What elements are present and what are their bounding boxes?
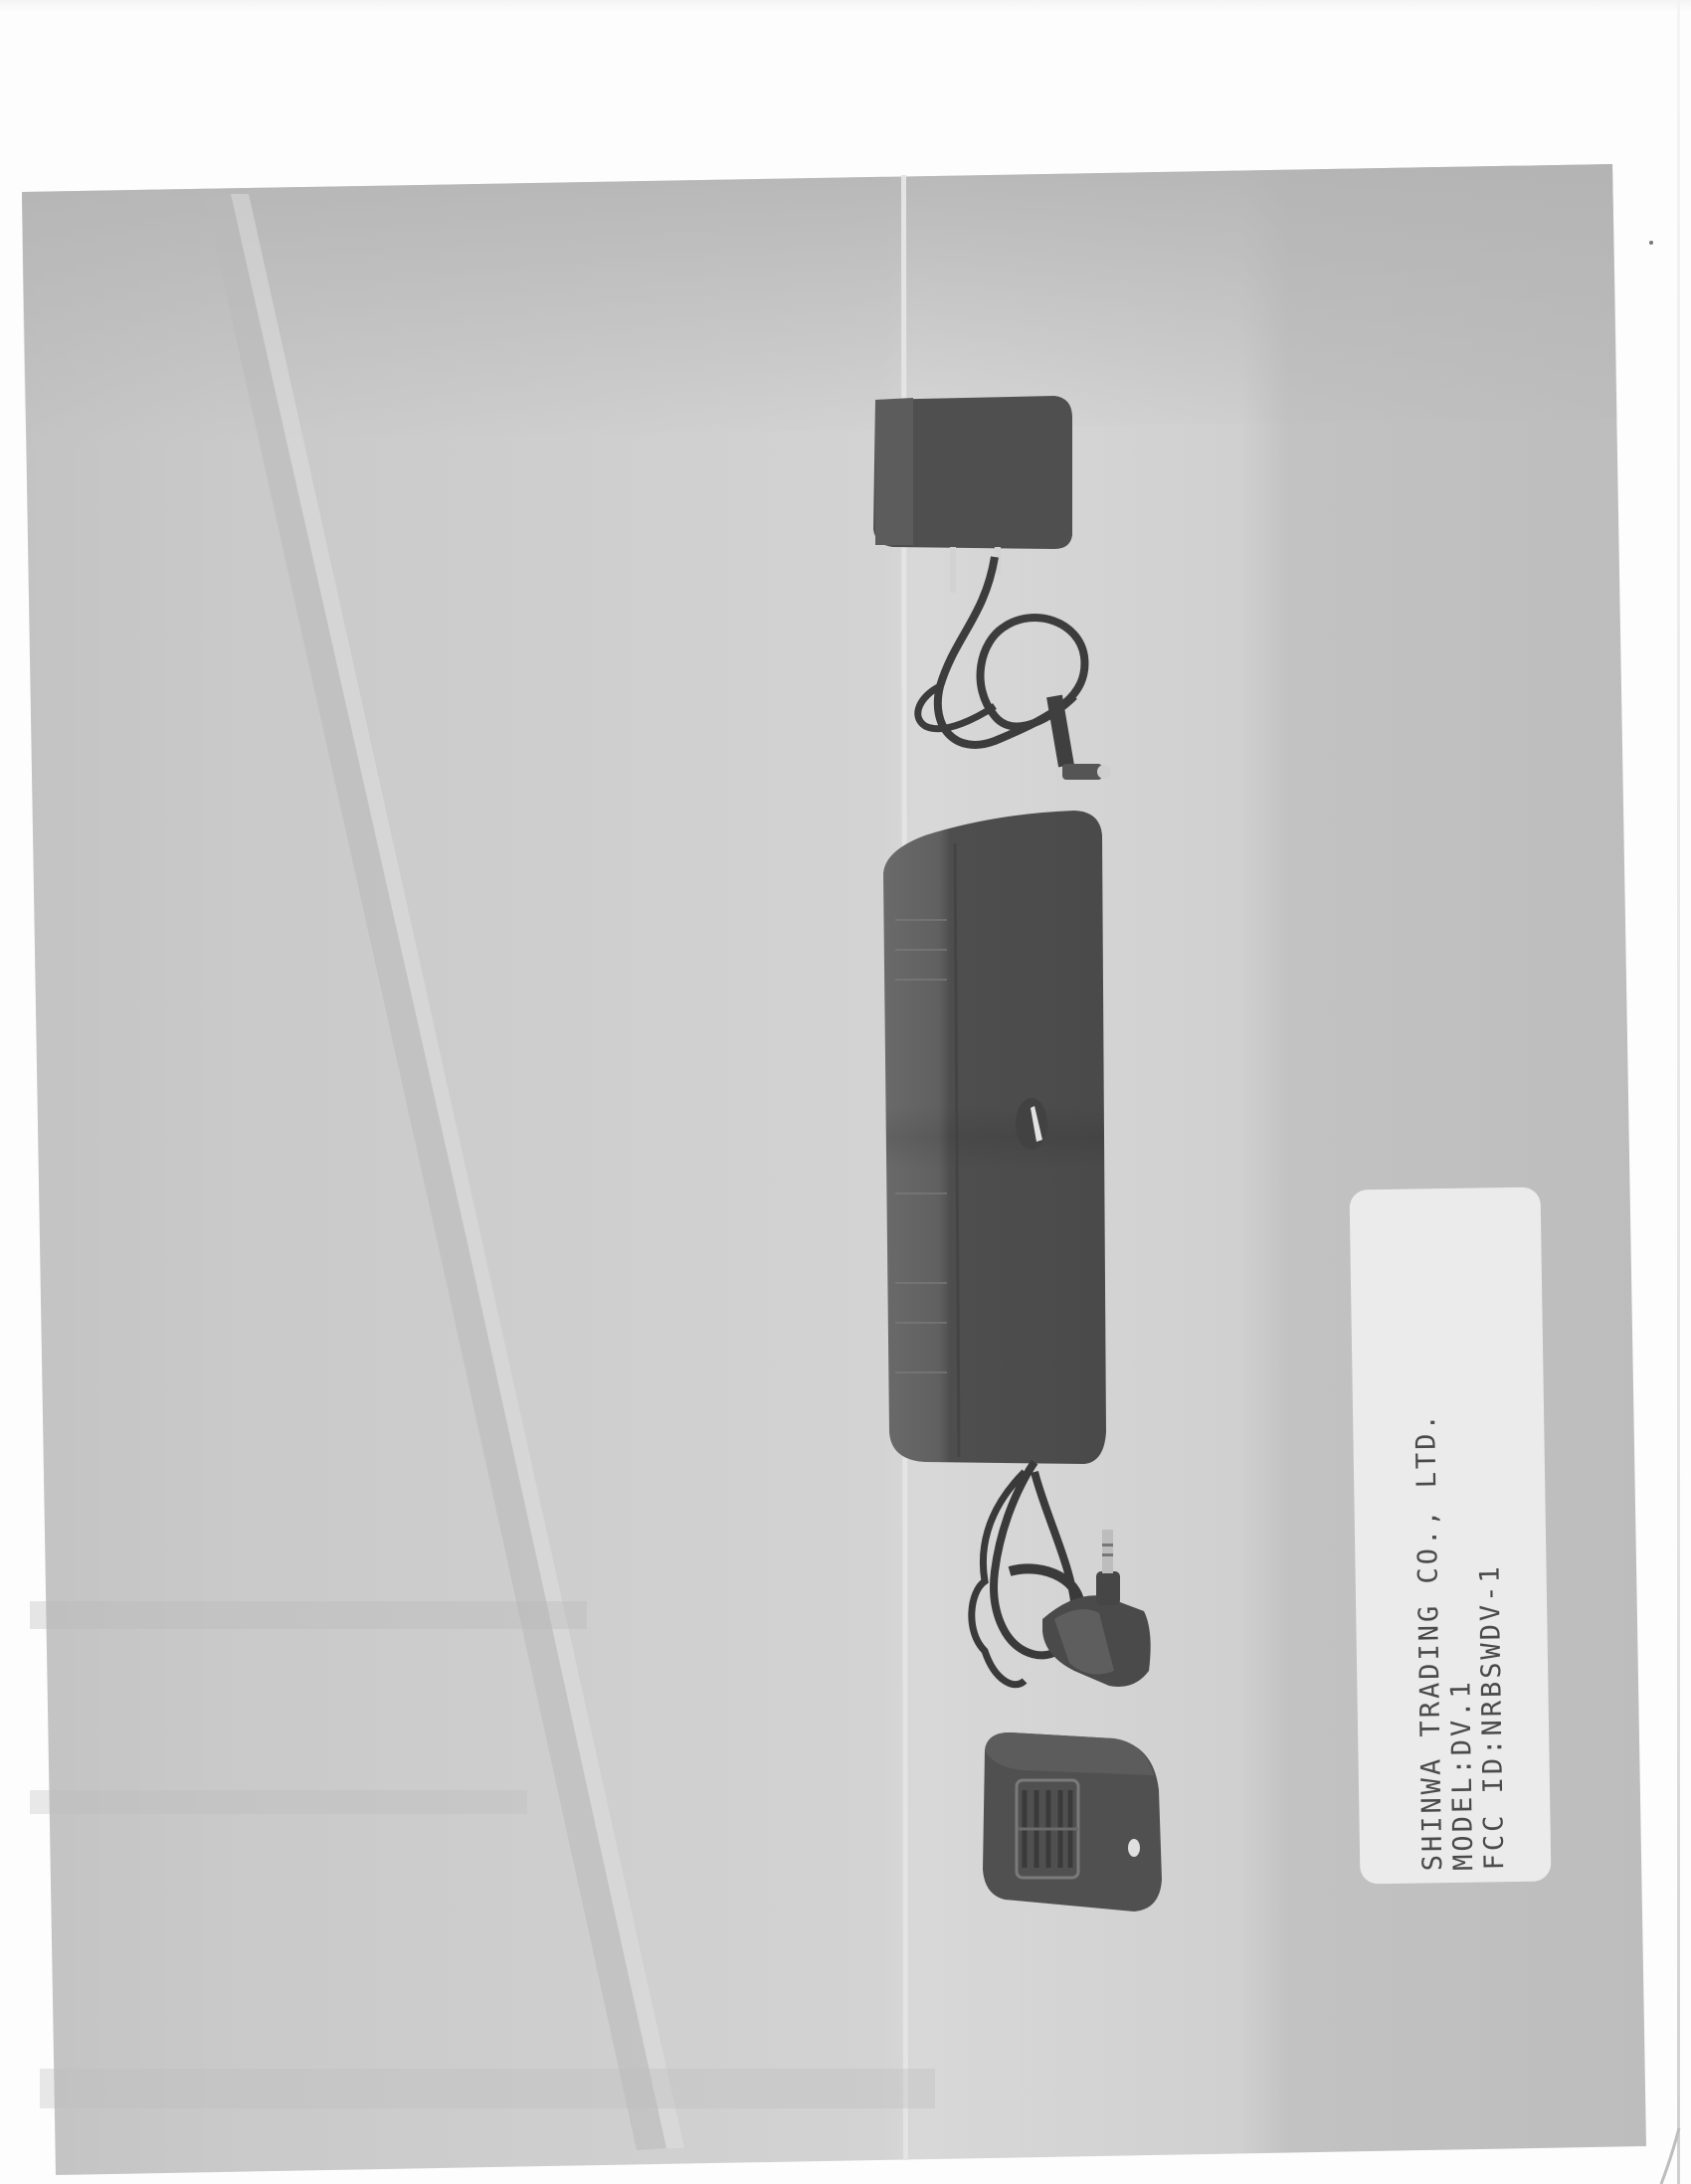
main-unit — [883, 811, 1106, 1464]
remote-unit — [983, 1732, 1162, 1911]
product-label: SHINWA TRADING CO., LTD. MODEL:DV.1 FCC … — [1350, 1187, 1552, 1885]
remote-indicator — [1128, 1839, 1140, 1857]
main-unit-switch — [1016, 1098, 1047, 1150]
label-text: SHINWA TRADING CO., LTD. MODEL:DV.1 FCC … — [1350, 1187, 1552, 1885]
